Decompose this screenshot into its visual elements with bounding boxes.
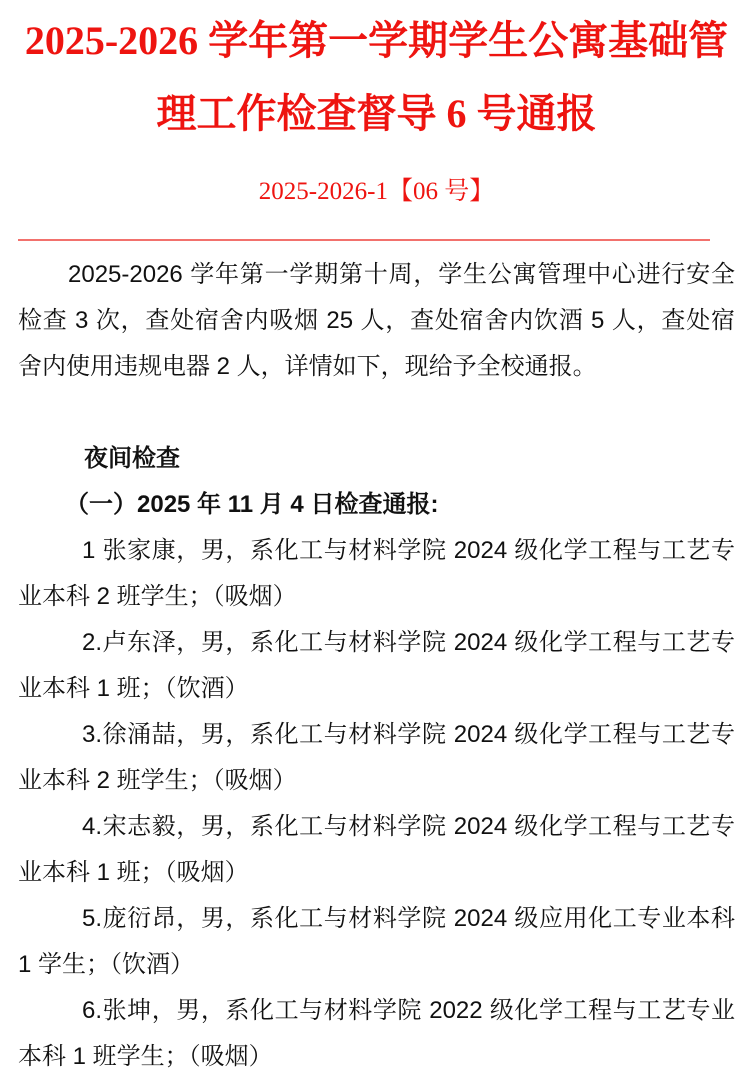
subsection-heading-date: （一）2025 年 11 月 4 日检查通报: bbox=[65, 482, 735, 528]
report-item: 5.庞衍昂，男，系化工与材料学院 2024 级应用化工专业本科 1 学生；（饮酒… bbox=[18, 896, 735, 988]
document-title-line-2: 理工作检查督导 6 号通报 bbox=[18, 77, 735, 150]
section-heading-night-inspection: 夜间检查 bbox=[84, 436, 735, 482]
report-item: 2.卢东泽，男，系化工与材料学院 2024 级化学工程与工艺专业本科 1 班；（… bbox=[18, 620, 735, 712]
notice-document: 2025-2026 学年第一学期学生公寓基础管 理工作检查督导 6 号通报 20… bbox=[0, 4, 749, 1088]
document-title: 2025-2026 学年第一学期学生公寓基础管 理工作检查督导 6 号通报 bbox=[18, 4, 735, 150]
report-item: 6.张坤，男，系化工与材料学院 2022 级化学工程与工艺专业本科 1 班学生；… bbox=[18, 988, 735, 1080]
report-item: 4.宋志毅，男，系化工与材料学院 2024 级化学工程与工艺专业本科 1 班；（… bbox=[18, 804, 735, 896]
document-number: 2025-2026-1【06 号】 bbox=[18, 177, 735, 207]
report-item: 1 张家康，男，系化工与材料学院 2024 级化学工程与工艺专业本科 2 班学生… bbox=[18, 528, 735, 620]
document-title-line-1: 2025-2026 学年第一学期学生公寓基础管 bbox=[18, 4, 735, 77]
intro-paragraph: 2025-2026 学年第一学期第十周，学生公寓管理中心进行安全检查 3 次，查… bbox=[18, 252, 735, 390]
report-item: 3.徐涌喆，男，系化工与材料学院 2024 级化学工程与工艺专业本科 2 班学生… bbox=[18, 712, 735, 804]
red-divider-line bbox=[18, 239, 710, 241]
